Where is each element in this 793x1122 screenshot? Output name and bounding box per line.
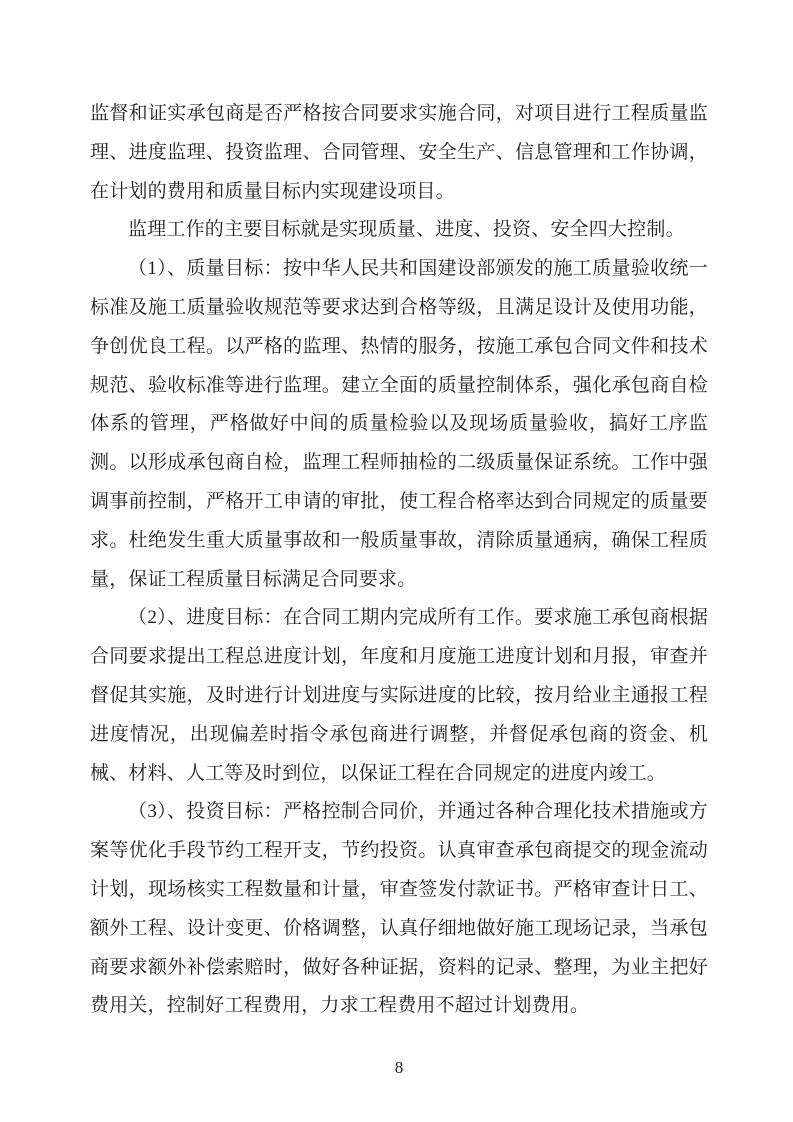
page-footer: 8	[90, 1058, 708, 1078]
paragraph-investment-objective: （3）、投资目标：严格控制合同价，并通过各种合理化技术措施或方案等优化手段节约工…	[90, 793, 708, 1026]
page-number: 8	[395, 1058, 404, 1077]
document-page: 监督和证实承包商是否严格按合同要求实施合同，对项目进行工程质量监理、进度监理、投…	[0, 0, 793, 1122]
paragraph-quality-objective: （1）、质量目标：按中华人民共和国建设部颁发的施工质量验收统一标准及施工质量验收…	[90, 250, 708, 599]
paragraph-schedule-objective: （2）、进度目标：在合同工期内完成所有工作。要求施工承包商根据合同要求提出工程总…	[90, 599, 708, 793]
document-body: 监督和证实承包商是否严格按合同要求实施合同，对项目进行工程质量监理、进度监理、投…	[90, 95, 708, 1026]
paragraph-main-objectives: 监理工作的主要目标就是实现质量、进度、投资、安全四大控制。	[90, 211, 708, 250]
paragraph-contract-supervision: 监督和证实承包商是否严格按合同要求实施合同，对项目进行工程质量监理、进度监理、投…	[90, 95, 708, 211]
